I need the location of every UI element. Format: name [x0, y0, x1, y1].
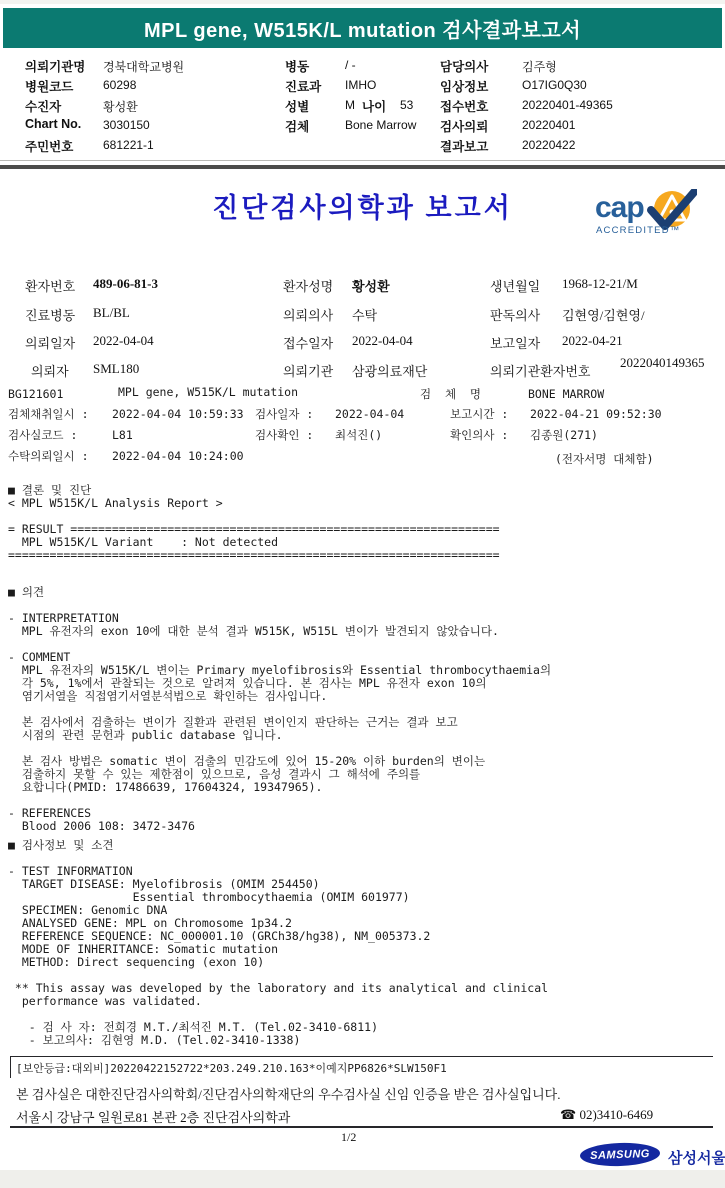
label-referring-org: 의뢰기관	[283, 361, 333, 380]
label-patient-name: 환자성명	[283, 276, 333, 295]
document-page: MPL gene, W515K/L mutation 검사결과보고서 의뢰기관명…	[0, 0, 725, 1188]
value-test-date: 2022-04-04	[335, 408, 404, 421]
label-sex: 성별	[285, 97, 309, 115]
label-requester: 의뢰자	[31, 361, 69, 380]
value-referring-org: 삼광의료재단	[352, 361, 427, 380]
label-request-date: 의뢰일자	[25, 333, 75, 352]
footer-left-border	[10, 1056, 11, 1078]
value-lab-code: L81	[112, 429, 133, 442]
value-patient-name: 황성환	[352, 276, 390, 295]
value-org-patient-number: 2022040149365	[620, 356, 706, 369]
value-request-date: 2022-04-04	[93, 333, 154, 349]
value-reading-doctor: 김현영/김현영/	[562, 305, 645, 324]
label-attending-doctor: 담당의사	[440, 57, 488, 75]
value-department: IMHO	[345, 78, 376, 92]
label-patient: 수진자	[25, 97, 61, 115]
footer-bottom-border	[10, 1126, 713, 1128]
label-clinical-info: 임상정보	[440, 77, 488, 95]
label-report-date: 보고일자	[490, 333, 540, 352]
label-accession-no: 접수번호	[440, 97, 488, 115]
test-code: BG121601	[8, 388, 63, 401]
esign-note: (전자서명 대체함)	[555, 453, 654, 466]
label-resident-no: 주민번호	[25, 137, 73, 155]
label-report-time: 보고시간 :	[450, 408, 508, 421]
value-requester: SML180	[93, 361, 139, 377]
label-requesting-org: 의뢰기관명	[25, 57, 85, 75]
label-test-request-date: 검사의뢰	[440, 117, 488, 135]
label-referring-doctor: 의뢰의사	[283, 305, 333, 324]
value-attending-doctor: 김주형	[522, 58, 557, 75]
value-collected-datetime: 2022-04-04 10:59:33	[112, 408, 244, 421]
divider-thin	[0, 160, 725, 161]
accreditation-statement: 본 검사실은 대한진단검사의학회/진단검사의학재단의 우수검사실 신임 인증을 …	[16, 1084, 561, 1103]
label-org-patient-number: 의뢰기관환자번호	[490, 361, 590, 380]
label-age: 나이	[362, 97, 386, 115]
label-specimen: 검체	[285, 117, 309, 135]
value-patient-number: 489-06-81-3	[93, 276, 158, 292]
samsung-logo-icon: SAMSUNG	[580, 1142, 661, 1168]
value-report-time: 2022-04-21 09:52:30	[530, 408, 662, 421]
label-chart-no: Chart No.	[25, 117, 81, 131]
value-age: 53	[400, 98, 413, 112]
footer-top-border	[10, 1056, 713, 1057]
label-test-date: 검사일자 :	[255, 408, 313, 421]
report-banner-title: MPL gene, W515K/L mutation 검사결과보고서	[144, 14, 581, 43]
section-result: ■ 결론 및 진단 < MPL W515K/L Analysis Report …	[8, 484, 500, 562]
test-name: MPL gene, W515K/L mutation	[118, 386, 298, 399]
label-result-report-date: 결과보고	[440, 137, 488, 155]
value-hospital-code: 60298	[103, 78, 136, 92]
value-accession-no: 20220401-49365	[522, 98, 613, 112]
value-referring-doctor: 수탁	[352, 305, 377, 324]
label-receipt-date: 접수일자	[283, 333, 333, 352]
value-ward: / -	[345, 58, 356, 72]
value-confirm-doctor: 김종원(271)	[530, 429, 598, 442]
label-department: 진료과	[285, 77, 321, 95]
value-requesting-org: 경북대학교병원	[103, 58, 184, 75]
cap-accredited-logo: cap ACCREDITED™	[595, 195, 699, 243]
value-specimen-name: BONE MARROW	[528, 388, 604, 401]
security-classification-line: [보안등급:대외비]20220422152722*203.249.210.163…	[16, 1062, 447, 1075]
label-hospital-code: 병원코드	[25, 77, 73, 95]
label-reading-doctor: 판독의사	[490, 305, 540, 324]
cap-logo-subtext: ACCREDITED™	[596, 225, 680, 236]
section-test-info: ■ 검사정보 및 소견 - TEST INFORMATION TARGET DI…	[8, 839, 548, 1047]
label-specimen-name: 검 체 명	[420, 388, 481, 401]
label-confirm-doctor: 확인의사 :	[450, 429, 508, 442]
label-referral-datetime: 수탁의뢰일시 :	[8, 450, 89, 463]
bottom-strip	[0, 1170, 725, 1188]
section-opinion: ■ 의견 - INTERPRETATION MPL 유전자의 exon 10에 …	[8, 586, 551, 833]
value-sex: M	[345, 98, 355, 112]
page-number: 1/2	[341, 1130, 356, 1145]
top-strip	[0, 0, 725, 4]
label-collected-datetime: 검체채취일시 :	[8, 408, 89, 421]
value-result-report-date: 20220422	[522, 138, 575, 152]
value-test-request-date: 20220401	[522, 118, 575, 132]
samsung-logo-text: SAMSUNG	[590, 1147, 650, 1161]
value-report-date: 2022-04-21	[562, 333, 623, 349]
label-ward: 병동	[285, 57, 309, 75]
value-patient: 황성환	[103, 98, 138, 115]
value-resident-no: 681221-1	[103, 138, 154, 152]
value-clinical-info: O17IG0Q30	[522, 78, 587, 92]
hospital-logo: SAMSUNG 삼성서울병원	[580, 1143, 720, 1169]
label-birth-date: 생년월일	[490, 276, 540, 295]
hospital-name: 삼성서울병원	[668, 1147, 725, 1168]
value-receipt-date: 2022-04-04	[352, 333, 413, 349]
value-test-verify: 최석진()	[335, 429, 382, 442]
value-referral-datetime: 2022-04-04 10:24:00	[112, 450, 244, 463]
divider-thick	[0, 165, 725, 169]
phone-number: ☎ 02)3410-6469	[560, 1107, 653, 1123]
cap-logo-text: cap	[595, 191, 644, 225]
value-chart-no: 3030150	[103, 118, 150, 132]
address-line: 서울시 강남구 일원로81 본관 2층 진단검사의학과	[16, 1107, 290, 1126]
value-specimen: Bone Marrow	[345, 118, 416, 132]
label-patient-number: 환자번호	[25, 276, 75, 295]
value-care-ward: BL/BL	[93, 305, 130, 321]
label-lab-code: 검사실코드 :	[8, 429, 77, 442]
label-test-verify: 검사확인 :	[255, 429, 313, 442]
report-title-banner: MPL gene, W515K/L mutation 검사결과보고서	[3, 8, 722, 48]
value-birth-date: 1968-12-21/M	[562, 276, 638, 292]
label-care-ward: 진료병동	[25, 305, 75, 324]
